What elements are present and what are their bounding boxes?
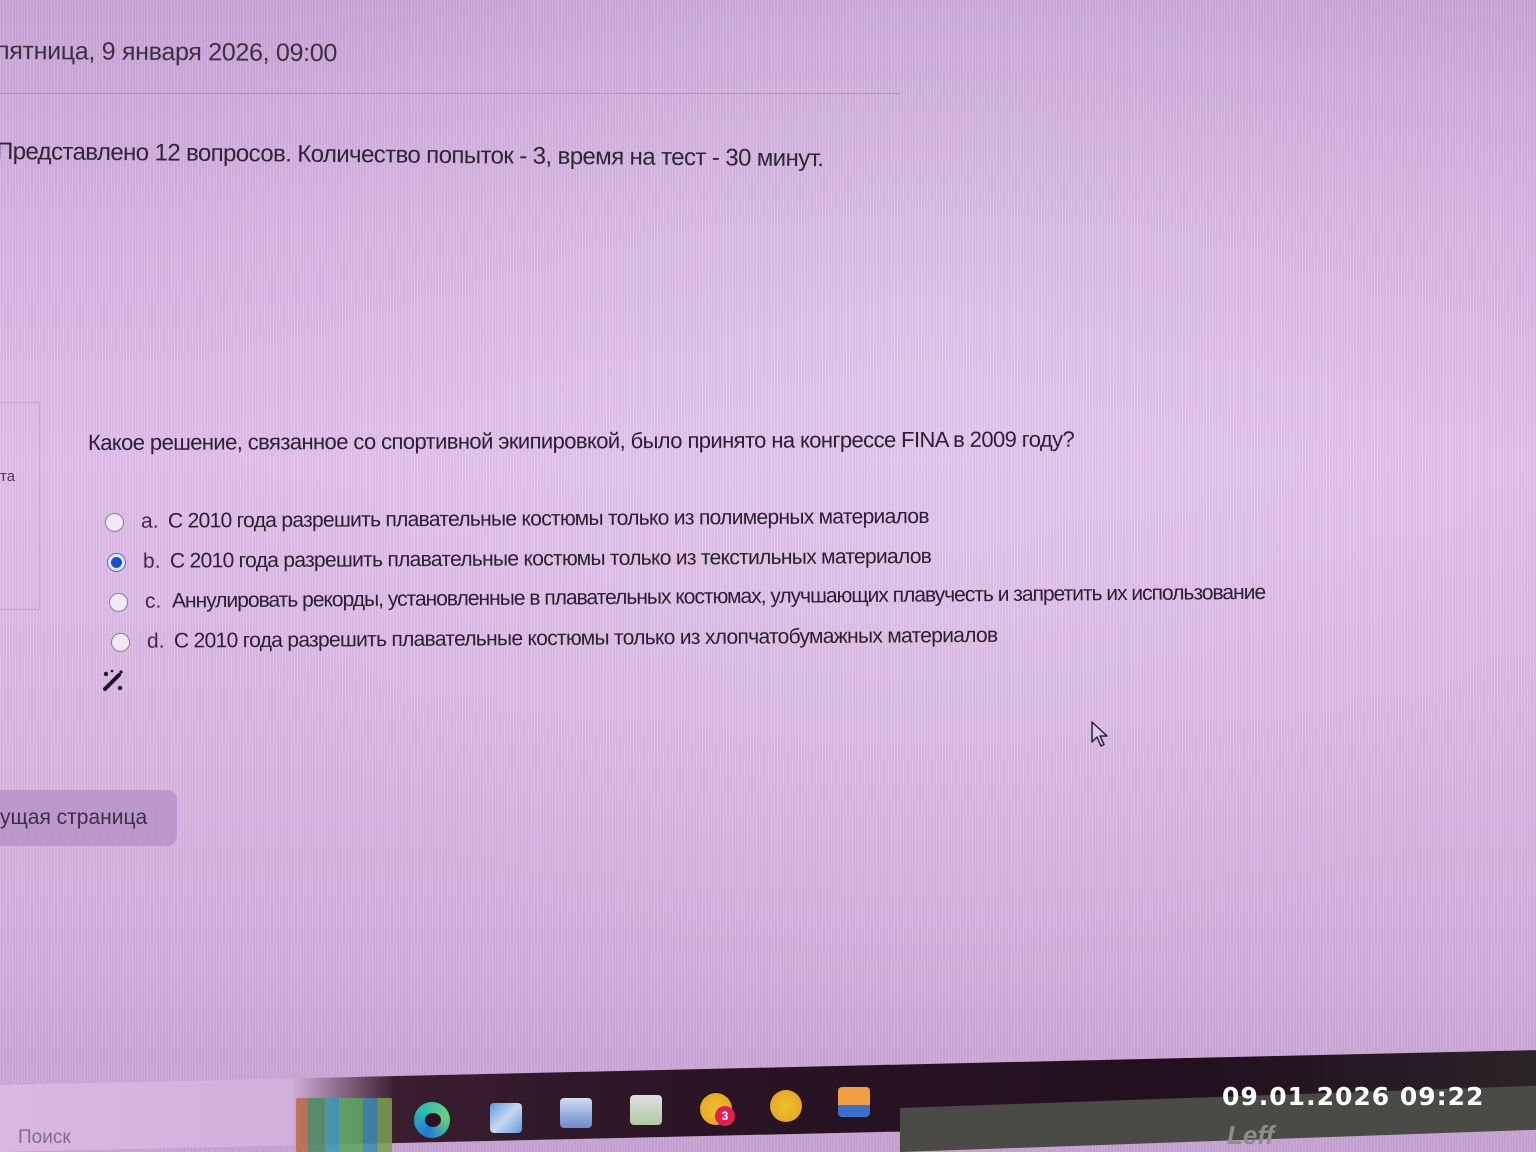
- magic-wand-icon[interactable]: [100, 668, 126, 694]
- notification-badge: 3: [715, 1106, 735, 1126]
- answer-text: С 2010 года разрешить плавательные костю…: [174, 624, 998, 654]
- trees-wallpaper-icon: [296, 1098, 392, 1152]
- question-text: Какое решение, связанное со спортивной э…: [88, 427, 1074, 456]
- answer-list: a. С 2010 года разрешить плавательные ко…: [105, 502, 1265, 662]
- quiz-intro-text: Представлено 12 вопросов. Количество поп…: [0, 138, 824, 173]
- header-divider: [0, 93, 900, 94]
- photo-timestamp: 09.01.2026 09:22: [1222, 1082, 1484, 1111]
- monitor-brand-logo: Leff: [1227, 1120, 1274, 1151]
- app-icon[interactable]: [770, 1090, 802, 1122]
- previous-page-button[interactable]: ущая страница: [0, 790, 177, 846]
- answer-letter: c.: [128, 590, 172, 614]
- answer-text: С 2010 года разрешить плавательные костю…: [170, 545, 931, 574]
- answer-letter: d.: [130, 630, 174, 654]
- radio-button[interactable]: [107, 552, 126, 571]
- radio-button[interactable]: [109, 592, 128, 611]
- taskbar-search[interactable]: Поиск: [18, 1127, 71, 1149]
- edge-icon[interactable]: [414, 1102, 450, 1138]
- excel-icon[interactable]: [630, 1095, 662, 1125]
- radio-button[interactable]: [105, 512, 124, 531]
- word-icon[interactable]: [560, 1098, 592, 1128]
- question-card: Какое решение, связанное со спортивной э…: [60, 410, 1480, 710]
- answer-option-a[interactable]: a. С 2010 года разрешить плавательные ко…: [105, 495, 1265, 542]
- answer-text: С 2010 года разрешить плавательные костю…: [168, 505, 929, 534]
- files-icon[interactable]: [838, 1087, 870, 1117]
- answer-letter: a.: [124, 510, 168, 534]
- question-info-label: та: [0, 468, 15, 485]
- mouse-cursor-icon: [1090, 720, 1110, 748]
- answer-letter: b.: [126, 550, 170, 574]
- question-info-panel: [0, 402, 40, 610]
- answer-text: Аннулировать рекорды, установленные в пл…: [172, 581, 1265, 614]
- radio-button[interactable]: [111, 632, 130, 651]
- answer-option-d[interactable]: d. С 2010 года разрешить плавательные ко…: [111, 614, 1265, 662]
- photos-icon[interactable]: [490, 1103, 522, 1133]
- quiz-open-date: пятница, 9 января 2026, 09:00: [0, 37, 337, 68]
